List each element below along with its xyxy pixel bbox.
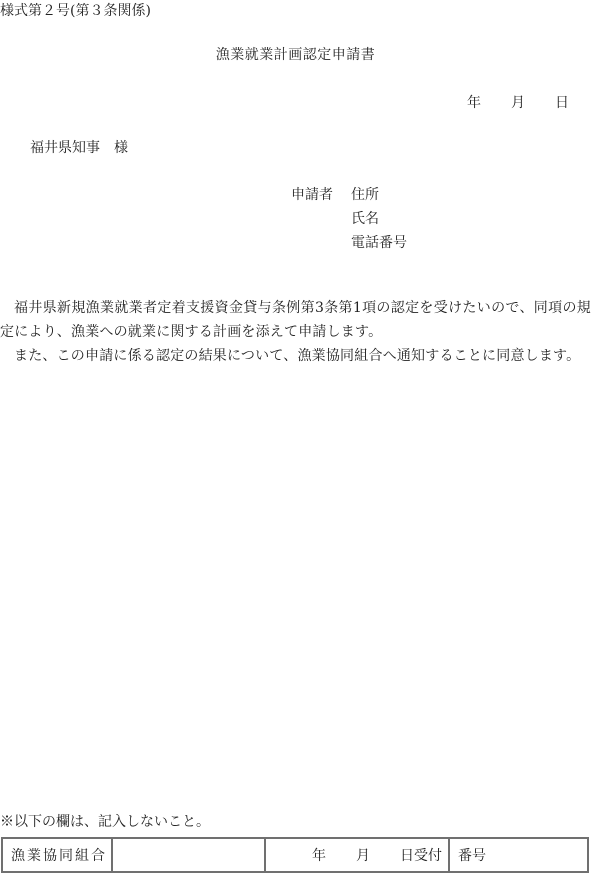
applicant-phone-label: 電話番号 — [351, 232, 407, 252]
date-day-label: 日 — [555, 92, 569, 112]
document-title: 漁業就業計画認定申請書 — [0, 44, 591, 64]
body-paragraph: また、この申請に係る認定の結果について、漁業協同組合へ通知することに同意します。 — [0, 344, 591, 368]
body-paragraph: 福井県新規漁業就業者定着支援資金貸与条例第3条第1項の認定を受けたいので、同項の… — [0, 296, 591, 344]
date-line: 年 月 日 — [0, 92, 591, 112]
number-cell: 番号 — [449, 838, 588, 872]
addressee: 福井県知事 様 — [30, 137, 128, 157]
form-number: 様式第２号(第３条関係) — [0, 0, 151, 20]
received-day-label: 日受付 — [400, 845, 442, 865]
office-use-table: 漁業協同組合 年 月 日受付 番号 — [1, 837, 589, 873]
received-year-label: 年 — [312, 845, 326, 865]
date-year-label: 年 — [467, 92, 481, 112]
applicant-name-label: 氏名 — [351, 208, 379, 228]
office-use-notice: ※以下の欄は、記入しないこと。 — [0, 811, 210, 831]
date-month-label: 月 — [511, 92, 525, 112]
application-body: 福井県新規漁業就業者定着支援資金貸与条例第3条第1項の認定を受けたいので、同項の… — [0, 296, 591, 368]
applicant-label: 申請者 — [291, 184, 333, 204]
table-row: 漁業協同組合 年 月 日受付 番号 — [2, 838, 588, 872]
org-value-cell — [112, 838, 265, 872]
applicant-address-label: 住所 — [351, 184, 379, 204]
received-month-label: 月 — [356, 845, 370, 865]
received-date-cell: 年 月 日受付 — [265, 838, 449, 872]
org-label-cell: 漁業協同組合 — [2, 838, 112, 872]
